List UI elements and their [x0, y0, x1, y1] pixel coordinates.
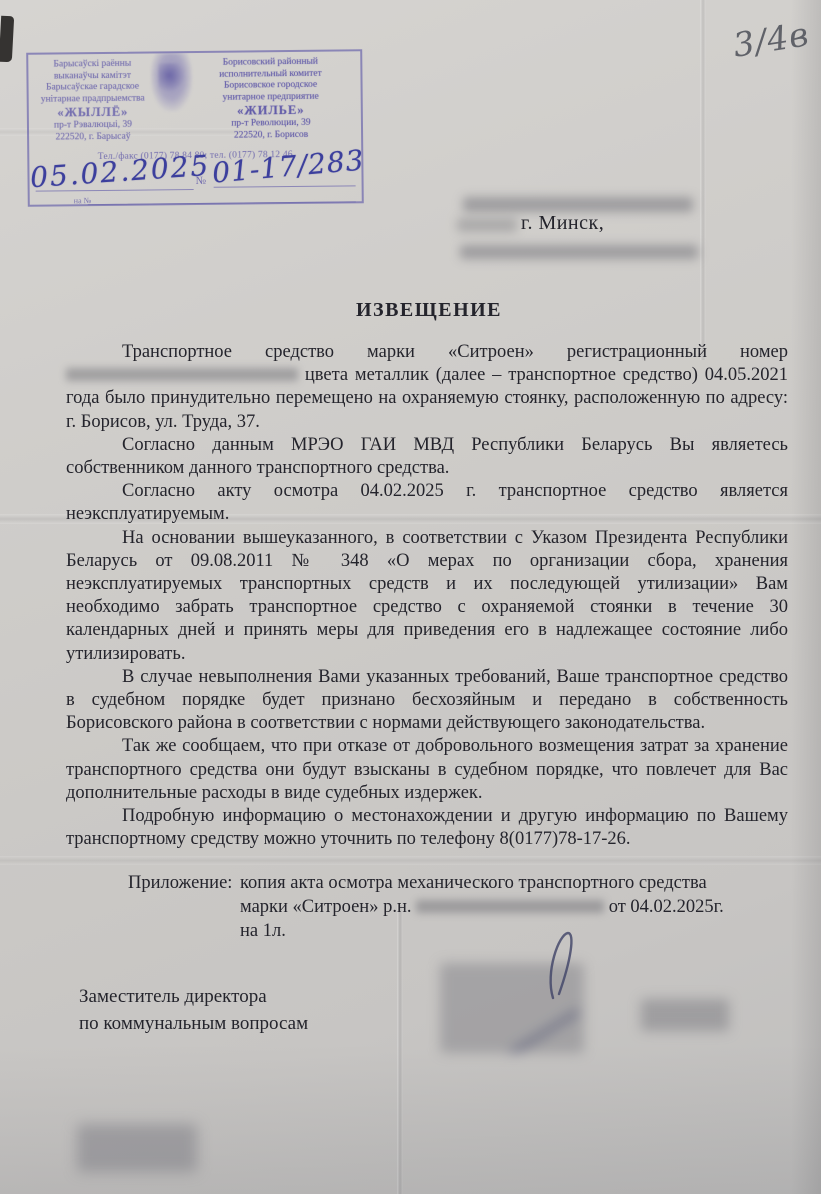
redacted-attachment-reg-number: [416, 900, 604, 913]
handwritten-page-note: 3/4в: [730, 14, 811, 64]
paragraph-ownership: Согласно данным МРЭО ГАИ МВД Республики …: [66, 434, 788, 480]
recipient-city: г. Минск,: [521, 212, 604, 235]
paragraph-text: Транспортное средство марки «Ситроен» ре…: [122, 342, 788, 362]
redacted-recipient-address: [460, 245, 698, 259]
position-line: Заместитель директора: [79, 983, 308, 1010]
redacted-recipient-name: [463, 197, 693, 212]
stamp-line: 222520, г. Борисов: [187, 129, 355, 142]
stamp-line: 222520, г. Барысаў: [31, 131, 155, 144]
paper-fold-line: [0, 856, 821, 865]
scan-edge-shadow: [791, 0, 821, 1194]
attachment-line: копия акта осмотра механического транспо…: [240, 871, 808, 895]
scan-edge-artifact: [0, 16, 14, 63]
paragraph-cost-recovery: Так же сообщаем, что при отказе от добро…: [66, 735, 788, 805]
paragraph-decree-requirement: На основании вышеуказанного, в соответст…: [66, 527, 788, 666]
redacted-executor-info: [77, 1124, 197, 1172]
attachment-content: копия акта осмотра механического транспо…: [240, 871, 808, 943]
stamp-line: унітарнае прадпрыемства: [31, 93, 155, 106]
stamp-org-name: «ЖИЛЬЕ»: [187, 102, 355, 119]
position-line: по коммунальным вопросам: [79, 1010, 308, 1037]
stamp-russian-column: Борисовский районный исполнительный коми…: [186, 56, 355, 142]
attachment-text: марки «Ситроен» р.н.: [240, 897, 411, 917]
attachment-line: на 1л.: [240, 919, 808, 943]
stamp-line: Барысаўскае гарадское: [31, 81, 155, 94]
scanned-notice-document: 3/4в Барысаўскі раённы выканаўчы камітэт…: [0, 0, 821, 1194]
attachment-line: марки «Ситроен» р.н. от 04.02.2025г.: [240, 895, 808, 919]
redacted-registration-number: [66, 368, 298, 381]
paragraph-consequences: В случае невыполнения Вами указанных тре…: [66, 666, 788, 736]
attachment-block: Приложение: копия акта осмотра механичес…: [128, 871, 808, 943]
paper-crease: [397, 905, 403, 1194]
redacted-signatory-name: [641, 999, 729, 1031]
paragraph-inspection: Согласно акту осмотра 04.02.2025 г. тран…: [66, 480, 788, 526]
signatory-position: Заместитель директора по коммунальным во…: [79, 983, 308, 1037]
paragraph-vehicle-info: Транспортное средство марки «Ситроен» ре…: [66, 341, 788, 434]
redacted-postal-code: [457, 218, 517, 232]
recipient-block: г. Минск,: [455, 193, 805, 273]
paragraph-contact-info: Подробную информацию о местонахождении и…: [66, 805, 788, 851]
stamp-belarusian-column: Барысаўскі раённы выканаўчы камітэт Бары…: [30, 58, 155, 143]
document-title: ИЗВЕЩЕНИЕ: [0, 299, 821, 322]
signature-pen-loop: [543, 928, 589, 1002]
stamp-org-name: «ЖЫЛЛЁ»: [31, 104, 155, 120]
attachment-label: Приложение:: [128, 871, 232, 895]
document-body: Транспортное средство марки «Ситроен» ре…: [66, 341, 788, 851]
attachment-text: от 04.02.2025г.: [609, 897, 724, 917]
